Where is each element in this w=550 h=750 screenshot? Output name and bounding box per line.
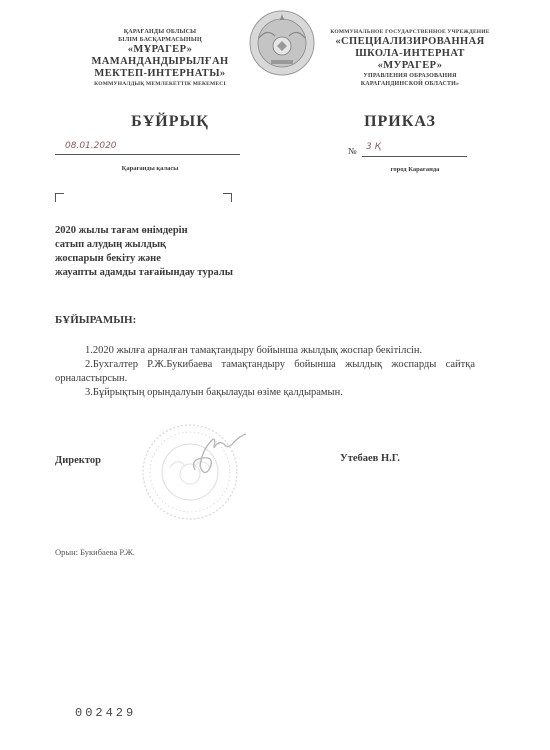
number-field: 3 Қ (362, 142, 467, 157)
executor-note: Орын: Букибаева Р.Ж. (55, 547, 135, 557)
order-items: 1.2020 жылға арналған тамақтандыру бойын… (55, 344, 475, 400)
header-kz-line4: МАМАНДАНДЫРЫЛҒАН (60, 56, 260, 68)
header-ru-line4: «МУРАГЕР» (310, 60, 510, 72)
title-kz: БҰЙРЫҚ (100, 113, 240, 131)
order-subject: 2020 жылы тағам өнімдерін сатып алудың ж… (55, 224, 233, 280)
header-ru: КОММУНАЛЬНОЕ ГОСУДАРСТВЕННОЕ УЧРЕЖДЕНИЕ … (310, 28, 510, 88)
header-ru-line3: ШКОЛА-ИНТЕРНАТ (310, 48, 510, 60)
number-value: 3 Қ (366, 142, 381, 152)
header-kz-line1: ҚАРАҒАНДЫ ОБЛЫСЫ (60, 28, 260, 36)
title-ru: ПРИКАЗ (330, 113, 470, 131)
signature-icon (190, 430, 260, 480)
header-ru-line5: УПРАВЛЕНИЯ ОБРАЗОВАНИЯ (310, 72, 510, 80)
city-kz: Қарағанды қаласы (100, 165, 200, 172)
signatory-name: Утебаев Н.Г. (340, 453, 400, 464)
header-ru-line1: КОММУНАЛЬНОЕ ГОСУДАРСТВЕННОЕ УЧРЕЖДЕНИЕ (310, 28, 510, 36)
header-kz: ҚАРАҒАНДЫ ОБЛЫСЫ БІЛІМ БАСҚАРМАСЫНЫҢ «МҰ… (60, 28, 260, 88)
city-ru: город Караганда (370, 166, 460, 173)
header-ru-line2: «СПЕЦИАЛИЗИРОВАННАЯ (310, 36, 510, 48)
bracket-left (55, 193, 64, 202)
bracket-right (223, 193, 232, 202)
header-kz-line6: КОММУНАЛДЫҚ МЕМЛЕКЕТТІК МЕКЕМЕСІ (60, 80, 260, 88)
signatory-role: Директор (55, 455, 101, 466)
number-label: № (348, 146, 357, 156)
order-item: 1.2020 жылға арналған тамақтандыру бойын… (55, 344, 475, 358)
header-kz-line3: «МҰРАГЕР» (60, 44, 260, 56)
header-ru-line6: КАРАГАНДИНСКОЙ ОБЛАСТИ» (310, 80, 510, 88)
order-heading: БҰЙЫРАМЫН: (55, 314, 136, 326)
header-kz-line5: МЕКТЕП-ИНТЕРНАТЫ» (60, 68, 260, 80)
date-value: 08.01.2020 (65, 141, 117, 151)
subject-line: жоспарын бекіту және (55, 252, 233, 266)
order-item: 2.Бухгалтер Р.Ж.Букибаева тамақтандыру б… (55, 358, 475, 386)
date-field: 08.01.2020 (55, 140, 240, 155)
serial-number: 002429 (75, 706, 136, 720)
header-kz-line2: БІЛІМ БАСҚАРМАСЫНЫҢ (60, 36, 260, 44)
subject-line: жауапты адамды тағайындау туралы (55, 266, 233, 280)
subject-line: 2020 жылы тағам өнімдерін (55, 224, 233, 238)
order-item: 3.Бұйрықтың орындалуын бақылауды өзіме қ… (55, 386, 475, 400)
state-emblem-icon (247, 8, 317, 78)
subject-line: сатып алудың жылдық (55, 238, 233, 252)
